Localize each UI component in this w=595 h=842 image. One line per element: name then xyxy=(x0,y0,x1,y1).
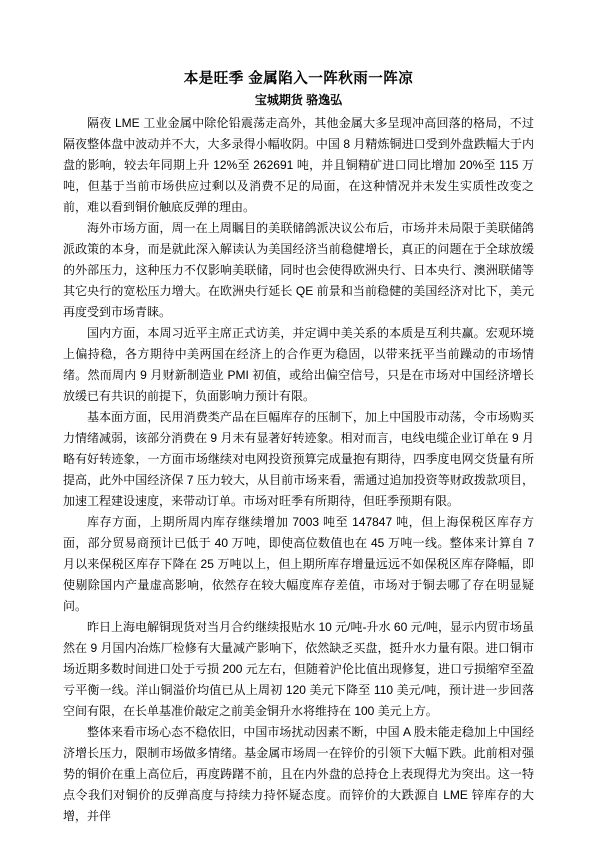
paragraph: 国内方面，本周习近平主席正式访美，并定调中美关系的本质是互利共赢。宏观环境上偏持… xyxy=(63,323,534,407)
document-page: 本是旺季 金属陷入一阵秋雨一阵凉 宝城期货 骆逸弘 隔夜 LME 工业金属中除伦… xyxy=(0,0,595,842)
paragraph: 整体来看市场心态不稳依旧，中国市场扰动因素不断，中国 A 股未能走稳加上中国经济… xyxy=(63,722,534,827)
document-title: 本是旺季 金属陷入一阵秋雨一阵凉 xyxy=(63,68,534,90)
paragraph: 基本面方面，民用消费类产品在巨幅库存的压制下，加上中国股市动荡，令市场购买力情绪… xyxy=(63,407,534,512)
paragraph: 海外市场方面，周一在上周瞩目的美联储鸽派决议公布后，市场并未局限于美联储鸽派政策… xyxy=(63,218,534,323)
document-byline: 宝城期货 骆逸弘 xyxy=(63,90,534,111)
paragraph: 隔夜 LME 工业金属中除伦铅震荡走高外，其他金属大多呈现冲高回落的格局，不过隔… xyxy=(63,113,534,218)
paragraph: 昨日上海电解铜现货对当月合约继续报贴水 10 元/吨-升水 60 元/吨，显示内… xyxy=(63,617,534,722)
paragraph: 库存方面，上期所周内库存继续增加 7003 吨至 147847 吨，但上海保税区… xyxy=(63,512,534,617)
document-body: 隔夜 LME 工业金属中除伦铅震荡走高外，其他金属大多呈现冲高回落的格局，不过隔… xyxy=(63,113,534,827)
